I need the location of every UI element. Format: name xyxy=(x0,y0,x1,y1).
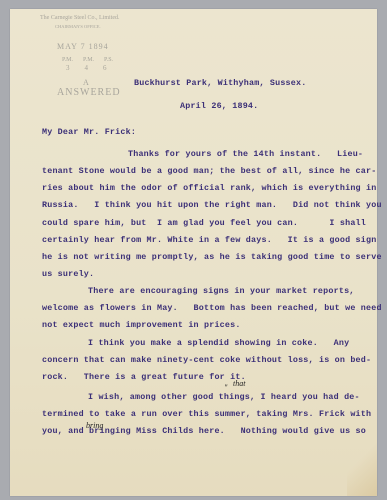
body-line: Russia. I think you hit upon the right m… xyxy=(42,200,382,210)
sender-address: Buckhurst Park, Withyham, Sussex. xyxy=(134,78,306,88)
body-line: ries about him the odor of official rank… xyxy=(42,183,376,193)
received-date-stamp: MAY 7 1894 xyxy=(57,42,109,51)
answered-stamp: ANSWERED xyxy=(57,87,121,98)
stamp-time: P.S. xyxy=(104,57,113,63)
body-line: I wish, among other good things, I heard… xyxy=(88,392,360,402)
handwritten-quote-mark: " xyxy=(224,383,227,392)
stamp-numbers: 3 4 6 xyxy=(66,64,107,72)
stamp-number: 6 xyxy=(103,64,107,72)
body-line: rock. There is a great future for it. xyxy=(42,372,246,382)
body-line: not expect much improvement in prices. xyxy=(42,320,241,330)
body-line: certainly hear from Mr. White in a few d… xyxy=(42,235,376,245)
stamp-time: P.M. xyxy=(83,57,94,63)
stamp-firm-name: The Carnegie Steel Co., Limited. xyxy=(40,15,119,21)
stamp-times: P.M. P.M. P.S. xyxy=(62,57,113,63)
body-line: could spare him, but I am glad you feel … xyxy=(42,218,366,228)
body-line: welcome as flowers in May. Bottom has be… xyxy=(42,303,382,313)
stamp-number: 4 xyxy=(85,64,89,72)
body-line: tenant Stone would be a good man; the be… xyxy=(42,166,376,176)
salutation: My Dear Mr. Frick: xyxy=(42,127,136,137)
handwritten-correction: bring xyxy=(86,421,103,430)
letter-date: April 26, 1894. xyxy=(180,101,258,111)
body-line: concern that can make ninety-cent coke w… xyxy=(42,355,371,365)
stamp-office: CHAIRMAN'S OFFICE. xyxy=(55,24,101,29)
stamp-time: P.M. xyxy=(62,57,73,63)
body-line: Thanks for yours of the 14th instant. Li… xyxy=(128,149,363,159)
stamp-letter: A xyxy=(83,78,89,87)
body-line: us surely. xyxy=(42,269,94,279)
body-line: I think you make a splendid showing in c… xyxy=(88,338,349,348)
body-line: he is not writing me promptly, as he is … xyxy=(42,252,382,262)
body-line: There are encouraging signs in your mark… xyxy=(88,286,355,296)
handwritten-insertion: that xyxy=(233,379,245,388)
stamp-number: 3 xyxy=(66,64,70,72)
body-line: termined to take a run over this summer,… xyxy=(42,409,371,419)
